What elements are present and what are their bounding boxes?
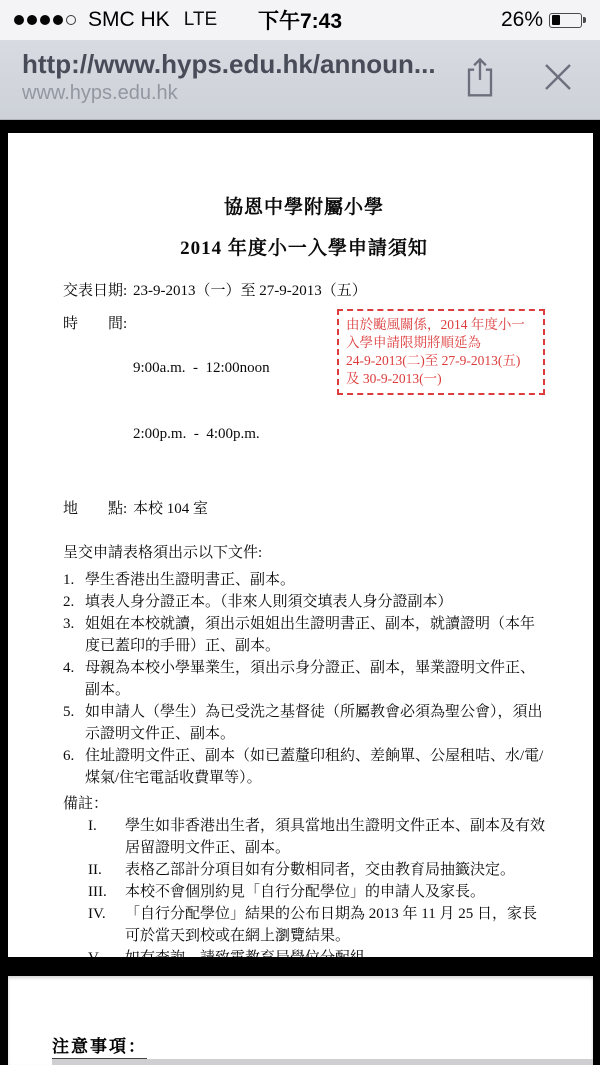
documents-heading: 呈交申請表格須出示以下文件: <box>63 542 545 564</box>
list-item: 2. 填表人身分證正本。（非來人則須交填表人身分證副本） <box>63 591 545 613</box>
date-row: 交表日期: 23-9-2013（一）至 27-9-2013（五） <box>63 280 545 302</box>
carrier-label: SMC HK <box>88 8 170 32</box>
place-label: 地 點: <box>63 498 133 520</box>
time-label: 時 間: <box>63 313 133 489</box>
required-documents-list: 1. 學生香港出生證明書正、副本。 2. 填表人身分證正本。（非來人則須交填表人… <box>63 569 545 789</box>
close-icon[interactable] <box>538 57 578 97</box>
note-item: III. 本校不會個別約見「自行分配學位」的申請人及家長。 <box>88 881 545 903</box>
battery-percent: 26% <box>501 8 543 32</box>
signal-strength-icon <box>14 15 76 25</box>
document-title: 2014 年度小一入學申請須知 <box>63 236 545 262</box>
date-label: 交表日期: <box>63 280 133 302</box>
browser-header: http://www.hyps.edu.hk/announ... www.hyp… <box>0 40 600 120</box>
web-content[interactable]: 協恩中學附屬小學 2014 年度小一入學申請須知 交表日期: 23-9-2013… <box>0 120 600 1065</box>
typhoon-notice-line: 入學申請限期將順延為 <box>346 334 536 352</box>
note-item: I. 學生如非香港出生者，須具當地出生證明文件正本、副本及有效居留證明文件正、副… <box>88 815 545 859</box>
typhoon-notice-line: 由於颱風關係，2014 年度小一 <box>346 316 536 334</box>
notes-list: I. 學生如非香港出生者，須具當地出生證明文件正本、副本及有效居留證明文件正、副… <box>63 815 545 969</box>
typhoon-notice-line: 24-9-2013(二)至 27-9-2013(五) <box>346 352 536 370</box>
battery-icon <box>549 13 586 28</box>
list-item: 5. 如申請人（學生）為已受洗之基督徒（所屬教會必須為聖公會），須出示證明文件正… <box>63 701 545 745</box>
network-type-label: LTE <box>184 9 217 31</box>
time-value-morning: 9:00a.m. - 12:00noon <box>133 357 270 379</box>
typhoon-postponement-notice: 由於颱風關係，2014 年度小一 入學申請限期將順延為 24-9-2013(二)… <box>337 309 545 395</box>
list-item: 1. 學生香港出生證明書正、副本。 <box>63 569 545 591</box>
page-url[interactable]: http://www.hyps.edu.hk/announ... <box>22 49 462 80</box>
list-item: 3. 姐姐在本校就讀，須出示姐姐出生證明書正、副本，就讀證明（本年度已蓋印的手冊… <box>63 613 545 657</box>
date-value: 23-9-2013（一）至 27-9-2013（五） <box>133 280 367 302</box>
time-value-afternoon: 2:00p.m. - 4:00p.m. <box>133 423 270 445</box>
iphone-screen: SMC HK LTE 下午7:43 26% http://www.hyps.ed… <box>0 0 600 1065</box>
share-icon[interactable] <box>462 55 498 99</box>
list-item: 6. 住址證明文件正、副本（如已蓋釐印租約、差餉單、公屋租咭、水/電/煤氣/住宅… <box>63 745 545 789</box>
note-item: II. 表格乙部計分項目如有分數相同者，交由教育局抽籤決定。 <box>88 859 545 881</box>
attention-heading: 注意事項： <box>52 1032 147 1059</box>
notes-heading: 備註： <box>63 793 545 815</box>
typhoon-notice-line: 及 30-9-2013(一) <box>346 370 536 388</box>
document-page-2: 注意事項： <box>8 976 593 1065</box>
table-top-edge <box>52 1059 593 1065</box>
document-page-1: 協恩中學附屬小學 2014 年度小一入學申請須知 交表日期: 23-9-2013… <box>8 133 593 957</box>
note-item: IV. 「自行分配學位」結果的公布日期為 2013 年 11 月 25 日，家長… <box>88 903 545 947</box>
page-domain: www.hyps.edu.hk <box>22 82 462 105</box>
status-bar: SMC HK LTE 下午7:43 26% <box>0 0 600 40</box>
place-row: 地 點: 本校 104 室 <box>63 498 545 520</box>
place-value: 本校 104 室 <box>133 498 208 520</box>
school-name: 協恩中學附屬小學 <box>63 195 545 221</box>
page-break <box>0 957 600 976</box>
list-item: 4. 母親為本校小學畢業生，須出示身分證正、副本，畢業證明文件正、副本。 <box>63 657 545 701</box>
